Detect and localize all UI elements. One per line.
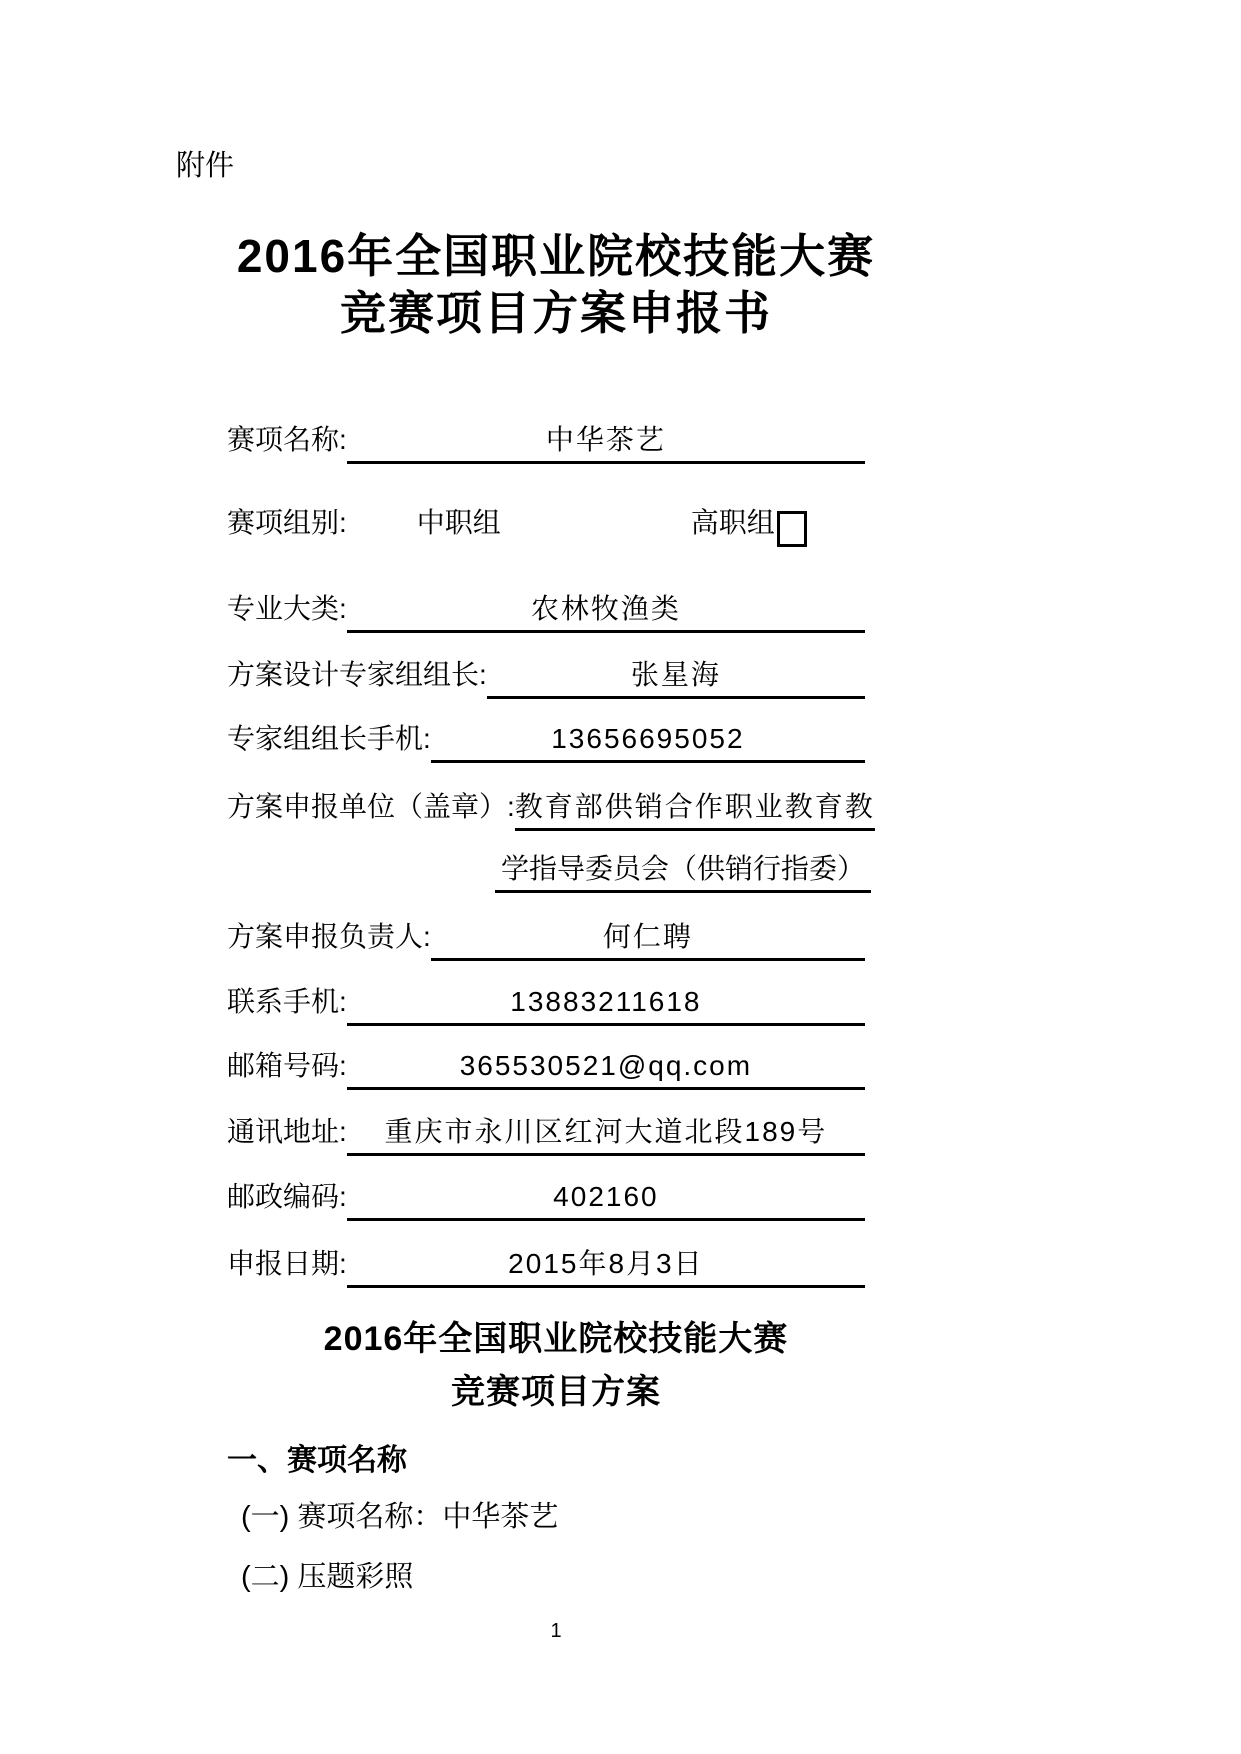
body-title-line2: 竞赛项目方案 <box>176 1366 936 1419</box>
option-higher-vocational-group: 高职组 <box>691 505 775 547</box>
field-email: 邮箱号码: 365530521@qq.com <box>227 1048 865 1090</box>
field-mailing-address-underline: 重庆市永川区红河大道北段189号 <box>347 1114 865 1156</box>
field-postal-code-value: 402160 <box>553 1181 658 1212</box>
document-title-line2: 竞赛项目方案申报书 <box>176 285 936 342</box>
field-expert-group-leader-label: 方案设计专家组组长: <box>227 657 487 699</box>
document-page: 附件 2016年全国职业院校技能大赛 竞赛项目方案申报书 赛项名称: 中华茶艺 … <box>0 0 1241 1754</box>
field-event-name-value: 中华茶艺 <box>546 424 666 455</box>
field-applicant-unit-label: 方案申报单位（盖章）: <box>227 789 515 831</box>
field-application-date-label: 申报日期: <box>227 1246 347 1288</box>
body-item-title-photo: (二) 压题彩照 <box>241 1559 936 1595</box>
field-email-underline: 365530521@qq.com <box>347 1048 865 1090</box>
page-number: 1 <box>176 1619 936 1643</box>
field-mailing-address: 通讯地址: 重庆市永川区红河大道北段189号 <box>227 1114 865 1156</box>
field-contact-mobile-label: 联系手机: <box>227 984 347 1026</box>
field-contact-mobile-underline: 13883211618 <box>347 984 865 1026</box>
field-postal-code-underline: 402160 <box>347 1179 865 1221</box>
document-title-line1: 2016年全国职业院校技能大赛 <box>176 228 936 285</box>
field-event-group-label: 赛项组别: <box>227 505 347 547</box>
field-event-name-underline: 中华茶艺 <box>347 422 865 464</box>
field-applicant-person: 方案申报负责人: 何仁聘 <box>227 919 865 961</box>
section-heading-event-name: 一、赛项名称 <box>227 1443 936 1479</box>
document-content: 附件 2016年全国职业院校技能大赛 竞赛项目方案申报书 赛项名称: 中华茶艺 … <box>176 148 936 1643</box>
field-contact-mobile-value: 13883211618 <box>510 986 701 1017</box>
field-expert-group-leader-underline: 张星海 <box>487 657 865 699</box>
body-title: 2016年全国职业院校技能大赛 竞赛项目方案 <box>176 1313 936 1419</box>
field-expert-group-leader: 方案设计专家组组长: 张星海 <box>227 657 865 699</box>
attachment-label: 附件 <box>176 148 936 184</box>
field-event-group: 赛项组别: 中职组 高职组 <box>227 505 865 547</box>
field-applicant-person-label: 方案申报负责人: <box>227 919 431 961</box>
option-secondary-vocational-group: 中职组 <box>417 505 501 547</box>
field-event-name: 赛项名称: 中华茶艺 <box>227 422 865 464</box>
field-contact-mobile: 联系手机: 13883211618 <box>227 984 865 1026</box>
field-postal-code: 邮政编码: 402160 <box>227 1179 865 1221</box>
field-mailing-address-value: 重庆市永川区红河大道北段189号 <box>385 1116 828 1147</box>
field-applicant-unit-underline: 教育部供销合作职业教育教 <box>515 789 875 831</box>
body-item-event-name: (一) 赛项名称：中华茶艺 <box>241 1499 936 1535</box>
field-expert-leader-mobile: 专家组组长手机: 13656695052 <box>227 721 865 763</box>
field-applicant-unit-value-line1: 教育部供销合作职业教育教 <box>515 791 875 822</box>
field-postal-code-label: 邮政编码: <box>227 1179 347 1221</box>
field-applicant-unit-value-line2: 学指导委员会（供销行指委） <box>495 851 871 893</box>
field-mailing-address-label: 通讯地址: <box>227 1114 347 1156</box>
field-expert-leader-mobile-label: 专家组组长手机: <box>227 721 431 763</box>
field-email-value: 365530521@qq.com <box>460 1050 752 1081</box>
application-form: 赛项名称: 中华茶艺 赛项组别: 中职组 高职组 专业大类: 农林牧渔类 方案设… <box>227 422 865 1288</box>
field-expert-group-leader-value: 张星海 <box>631 659 721 690</box>
field-expert-leader-mobile-value: 13656695052 <box>551 723 744 754</box>
field-major-category-label: 专业大类: <box>227 591 347 633</box>
field-application-date-value: 2015年8月3日 <box>508 1248 703 1279</box>
field-application-date: 申报日期: 2015年8月3日 <box>227 1246 865 1288</box>
field-major-category-value: 农林牧渔类 <box>531 593 681 624</box>
field-application-date-underline: 2015年8月3日 <box>347 1246 865 1288</box>
field-applicant-person-value: 何仁聘 <box>603 921 693 952</box>
field-expert-leader-mobile-underline: 13656695052 <box>431 721 865 763</box>
field-major-category: 专业大类: 农林牧渔类 <box>227 591 865 633</box>
field-event-name-label: 赛项名称: <box>227 422 347 464</box>
field-applicant-unit-continuation: 学指导委员会（供销行指委） <box>227 851 865 893</box>
field-major-category-underline: 农林牧渔类 <box>347 591 865 633</box>
field-email-label: 邮箱号码: <box>227 1048 347 1090</box>
body-title-line1: 2016年全国职业院校技能大赛 <box>176 1313 936 1366</box>
document-title: 2016年全国职业院校技能大赛 竞赛项目方案申报书 <box>176 228 936 342</box>
field-applicant-person-underline: 何仁聘 <box>431 919 865 961</box>
higher-vocational-checkbox-icon <box>777 511 807 547</box>
field-applicant-unit: 方案申报单位（盖章）: 教育部供销合作职业教育教 <box>227 789 865 831</box>
